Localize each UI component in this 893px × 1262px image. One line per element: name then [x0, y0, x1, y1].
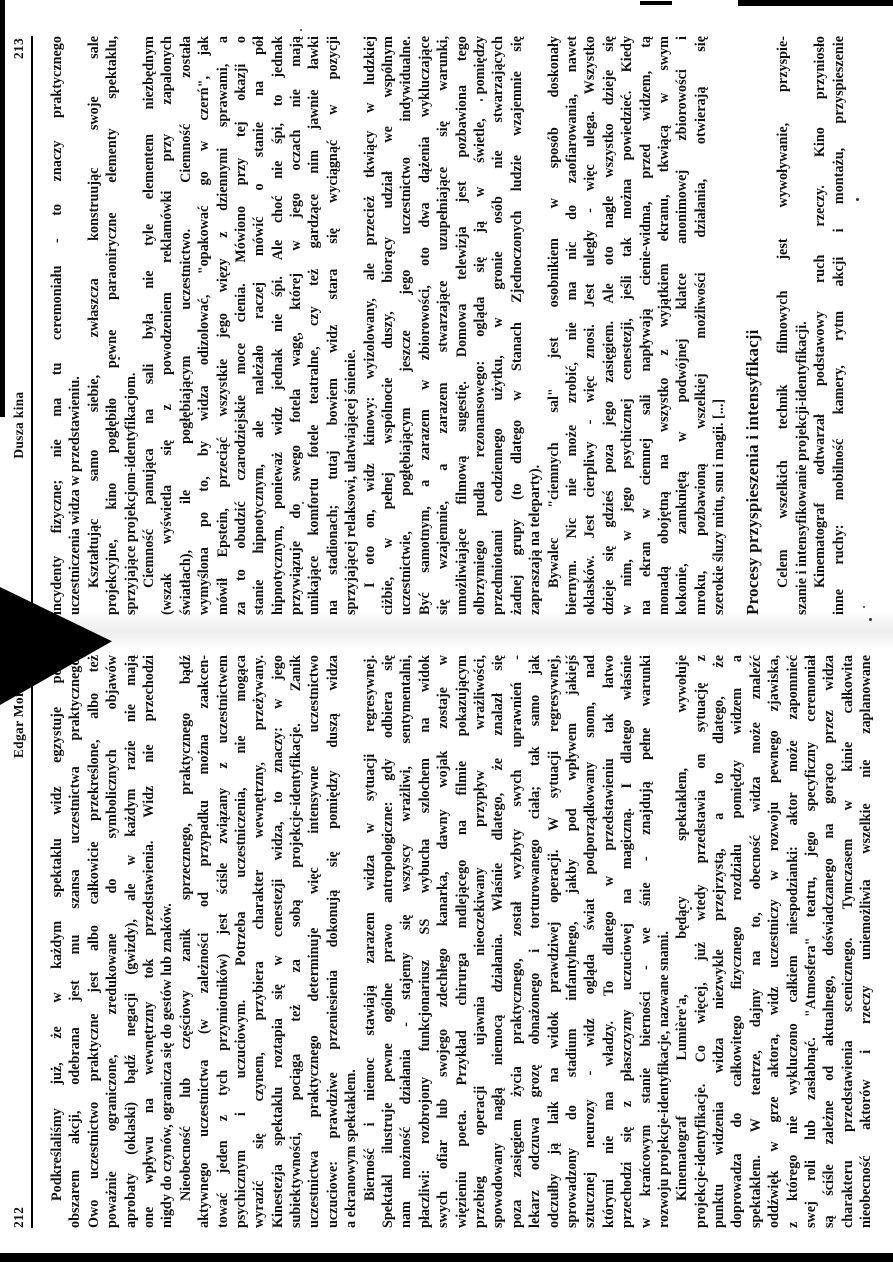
text-line: przywiązuje do swego fotela wagę, której…	[287, 36, 305, 615]
text-line: monadą obojętną na wszystko z wyjątkiem …	[655, 36, 673, 615]
text-line: subiektywności, pociąga też za sobą proj…	[287, 655, 305, 1228]
text-line: szerokie śluzy mitu, snu i magii. [...]	[710, 36, 728, 615]
paragraph: Kinematograf odtwarzał podstawowy ruch r…	[811, 36, 848, 615]
scan-edge-artifact	[0, 1253, 893, 1262]
text-line: Ciemność panująca na sali była nie tyle …	[140, 36, 158, 615]
text-line: z którego nie wykluczono całkiem niespod…	[784, 655, 802, 1228]
text-line: na ekran w ciemnej sali napływają cienie…	[637, 36, 655, 615]
running-header-title: Dusza kina	[11, 392, 27, 459]
paragraph: Celem wszelkich technik filmowych jest w…	[774, 36, 811, 615]
text-line: swych ofiar lub swojego zdechłego kanark…	[434, 655, 452, 1228]
text-line: rozwoju projekcje-identyfikacje, nazwane…	[655, 655, 673, 1228]
text-line: na stadionach; tutaj bowiem widz stara s…	[324, 36, 342, 615]
text-line: poza zasięgiem życia praktycznego, zosta…	[508, 655, 526, 1228]
scan-speck	[480, 99, 483, 101]
text-line: Bywalec "ciemnych sal" jest osobnikiem w…	[545, 36, 563, 615]
text-line: Bierność i niemoc stawiają zarazem widza…	[361, 655, 379, 1228]
running-header: Dusza kina 213	[10, 36, 33, 615]
text-line: one wpływu na wewnętrzny tok przedstawie…	[140, 655, 158, 1228]
text-line: przechodzi się z płaszczyzny uczuciowej …	[618, 655, 636, 1228]
text-line: oddźwięk w grze aktora, widz uczestniczy…	[765, 655, 783, 1228]
text-line: Kinematograf Lumière'a, będący spektakle…	[673, 655, 691, 1228]
text-line: swej roli lub zasłabnąć. "Atmosfera" tea…	[802, 655, 820, 1228]
text-line: Owo uczestnictwo praktyczne jest albo ca…	[85, 655, 103, 1228]
text-line: wyrazić się czynem, przybiera charakter …	[250, 655, 268, 1228]
text-line: nieobecność aktorów i rzeczy uniemożliwi…	[857, 655, 875, 1228]
text-line: Kinestezja spektaklu roztapia się w cene…	[269, 655, 287, 1228]
text-line: mówił Epstein, przeciąć wszystkie jego w…	[214, 36, 232, 615]
text-line: uczuciowe: prawdziwe przeniesienia dokon…	[324, 655, 342, 1228]
text-line: stanie hipnotycznym, ale należało raczej…	[250, 36, 268, 615]
text-line: charakteru przedstawienia scenicznego. T…	[839, 655, 857, 1228]
scan-speck	[863, 606, 865, 608]
text-line: obszarem akcji, odebrana jest mu szansa …	[66, 655, 84, 1228]
text-line: sprzyjające projekcjom-identyfikacjom.	[122, 36, 140, 615]
text-line: nam możność działania - stajemy się wszy…	[397, 655, 415, 1228]
text-line: unikające komfortu fotele teatralne, czy…	[305, 36, 323, 615]
text-line: szanie i intensyfikowanie projekcji-iden…	[793, 36, 811, 615]
text-line: przedmiotami codziennego użytku, w groni…	[489, 36, 507, 615]
page-content-area: Dusza kina 213 incydenty fizyczne; nie m…	[10, 36, 848, 615]
scan-speck	[690, 907, 692, 910]
text-line: mroku, pozbawioną wszelkiej możliwości d…	[692, 36, 710, 615]
scanned-book-spread: 212 Edgar Morin Podkreślaliśmy już, że w…	[0, 0, 893, 1262]
text-line: psychicznym i uczuciowym. Potrzeba uczes…	[232, 655, 250, 1228]
paragraph: Bywalec "ciemnych sal" jest osobnikiem w…	[545, 36, 729, 615]
text-line: za to obudzić czarodziejskie moce cienia…	[232, 36, 250, 615]
text-line: Spektakl ilustruje pewne ogólne prawo an…	[379, 655, 397, 1228]
text-line: wymyślona po to, by widza odizolować, "o…	[195, 36, 213, 615]
book-page-213: Dusza kina 213 incydenty fizyczne; nie m…	[0, 0, 893, 631]
text-line: sztucznej neurozy - widz ogląda świat po…	[581, 655, 599, 1228]
gutter-shading	[0, 612, 893, 650]
text-line: oklasków. Jest cierpliwy - więc znosi. J…	[581, 36, 599, 615]
text-line: aprobaty (oklaski) bądź negacji (gwizdy)…	[122, 655, 140, 1228]
text-line: hipnotycznym, ponieważ widz jednak nie ś…	[269, 36, 287, 615]
paragraph: Bierność i niemoc stawiają zarazem widza…	[361, 655, 674, 1228]
text-line: lekarz odczuwa grozę obnażonego i tortur…	[526, 655, 544, 1228]
page-body: Podkreślaliśmy już, że w każdym spektakl…	[48, 655, 876, 1228]
text-line: Podkreślaliśmy już, że w każdym spektakl…	[48, 655, 66, 1228]
text-line: projekcyjne, kino pogłębiło pewne paraon…	[103, 36, 121, 615]
text-line: sprowadzony do stadium infantylnego, jak…	[563, 655, 581, 1228]
text-line: którymi nie ma władzy. To dlatego w prze…	[600, 655, 618, 1228]
text-line: w krańcowym stanie bierności - we śnie -…	[637, 655, 655, 1228]
scan-edge-artifact	[640, 1, 672, 5]
scan-speck	[300, 29, 302, 31]
text-line: inne ruchy: mobilność kamery, rytm akcji…	[830, 36, 848, 615]
text-line: w nim, w jego psychicznej cenestezji, je…	[618, 36, 636, 615]
text-line: biernym. Nic nie może zrobić, nie ma nic…	[563, 36, 581, 615]
text-line: ciżbie, w pełnej wspólnocie duszy, biorą…	[379, 36, 397, 615]
text-line: są ściśle zależne od aktualnego, doświad…	[820, 655, 838, 1228]
page-number: 213	[11, 38, 27, 59]
page-number: 212	[11, 1207, 27, 1228]
paragraph: I oto on, widz kinowy: wyizolowany, ale …	[361, 36, 545, 615]
text-line: uczestnictwa praktycznego determinuje wi…	[305, 655, 323, 1228]
text-line: sprzyjającej relaksowi, ułatwiającej śni…	[342, 36, 360, 615]
text-line: Być samotnym, a zarazem w zbiorowości, o…	[416, 36, 434, 615]
text-line: więzieniu poeta. Przykład chirurga mdlej…	[453, 655, 471, 1228]
text-line: punktu widzenia widza niezwykle przejrzy…	[710, 655, 728, 1228]
scan-speck	[118, 357, 120, 360]
text-line: żadnej grupy (to dlatego w Stanach Zjedn…	[508, 36, 526, 615]
page-body: incydenty fizyczne; nie ma tu ceremoniał…	[48, 36, 848, 615]
text-line: nigdy do czynów, ogranicza się do gestów…	[158, 655, 176, 1228]
page-content-area: 212 Edgar Morin Podkreślaliśmy już, że w…	[10, 655, 876, 1228]
text-line: przebieg operacji ujawnia nieoczekiwany …	[471, 655, 489, 1228]
text-line: projekcje-identyfikacje. Co więcej, już …	[692, 655, 710, 1228]
text-line: kokonie, zamkniętą w podwójnej klatce an…	[673, 36, 691, 615]
text-line: incydenty fizyczne; nie ma tu ceremoniał…	[48, 36, 66, 615]
paragraph: Kinematograf Lumière'a, będący spektakle…	[673, 655, 875, 1228]
text-line: tować jeden z tych przymiotników) jest ś…	[214, 655, 232, 1228]
paragraph: Podkreślaliśmy już, że w każdym spektakl…	[48, 655, 177, 1228]
text-line: olbrzymiego pudła rezonansowego: ogląda …	[471, 36, 489, 615]
text-line: spektaklem. W teatrze, dajmy na to, obec…	[747, 655, 765, 1228]
text-line: Kształtując samo siebie, zwłaszcza konst…	[85, 36, 103, 615]
scan-speck	[302, 502, 304, 504]
text-line: doprowadza do całkowitego fizycznego roz…	[728, 655, 746, 1228]
text-line: zapraszają na teleparty).	[526, 36, 544, 615]
text-line: Nieobecność lub częściowy zanik sprzeczn…	[177, 655, 195, 1228]
text-line: a ekranowym spektaklem.	[342, 655, 360, 1228]
running-header: 212 Edgar Morin	[10, 655, 33, 1228]
paragraph: Kształtując samo siebie, zwłaszcza konst…	[85, 36, 140, 615]
paragraph: Ciemność panująca na sali była nie tyle …	[140, 36, 361, 615]
book-page-212: 212 Edgar Morin Podkreślaliśmy już, że w…	[0, 631, 893, 1262]
paragraph: Nieobecność lub częściowy zanik sprzeczn…	[177, 655, 361, 1228]
text-line: Celem wszelkich technik filmowych jest w…	[774, 36, 792, 615]
text-line: się wzajemnie, a zarazem stwarzające uzu…	[434, 36, 452, 615]
text-line: (wszak wyświetla się z powodzeniem rekla…	[158, 36, 176, 615]
text-line: I oto on, widz kinowy: wyizolowany, ale …	[361, 36, 379, 615]
scan-edge-artifact	[738, 0, 893, 6]
paragraph: incydenty fizyczne; nie ma tu ceremoniał…	[48, 36, 85, 615]
text-line: uczestniczenia widza w przedstawieniu.	[66, 36, 84, 615]
scan-edge-artifact	[0, 0, 5, 417]
text-line: płaczliwi: rozbrojony funkcjonariusz SS …	[416, 655, 434, 1228]
text-line: aktywnego uczestnictwa (w zależności od …	[195, 655, 213, 1228]
text-line: światłach), ile pogłębiającym uczestnict…	[177, 36, 195, 615]
text-line: odczułby ją laik na widok prawdziwej ope…	[545, 655, 563, 1228]
text-line: dzieje się gdzieś poza jego zasięgiem. A…	[600, 36, 618, 615]
scan-speck	[856, 198, 859, 201]
text-line: spowodowany nagłą niemocą działania. Wła…	[489, 655, 507, 1228]
text-line: uczestnictwie, pogłębiającym jeszcze jeg…	[397, 36, 415, 615]
text-line: umożliwiające filmową sugestię. Domowa t…	[453, 36, 471, 615]
scan-speck	[869, 618, 872, 621]
text-line: Kinematograf odtwarzał podstawowy ruch r…	[811, 36, 829, 615]
text-line: poważnie ograniczone, zredukowane do sym…	[103, 655, 121, 1228]
section-heading: Procesy przyspieszenia i intensyfikacji	[743, 36, 763, 615]
